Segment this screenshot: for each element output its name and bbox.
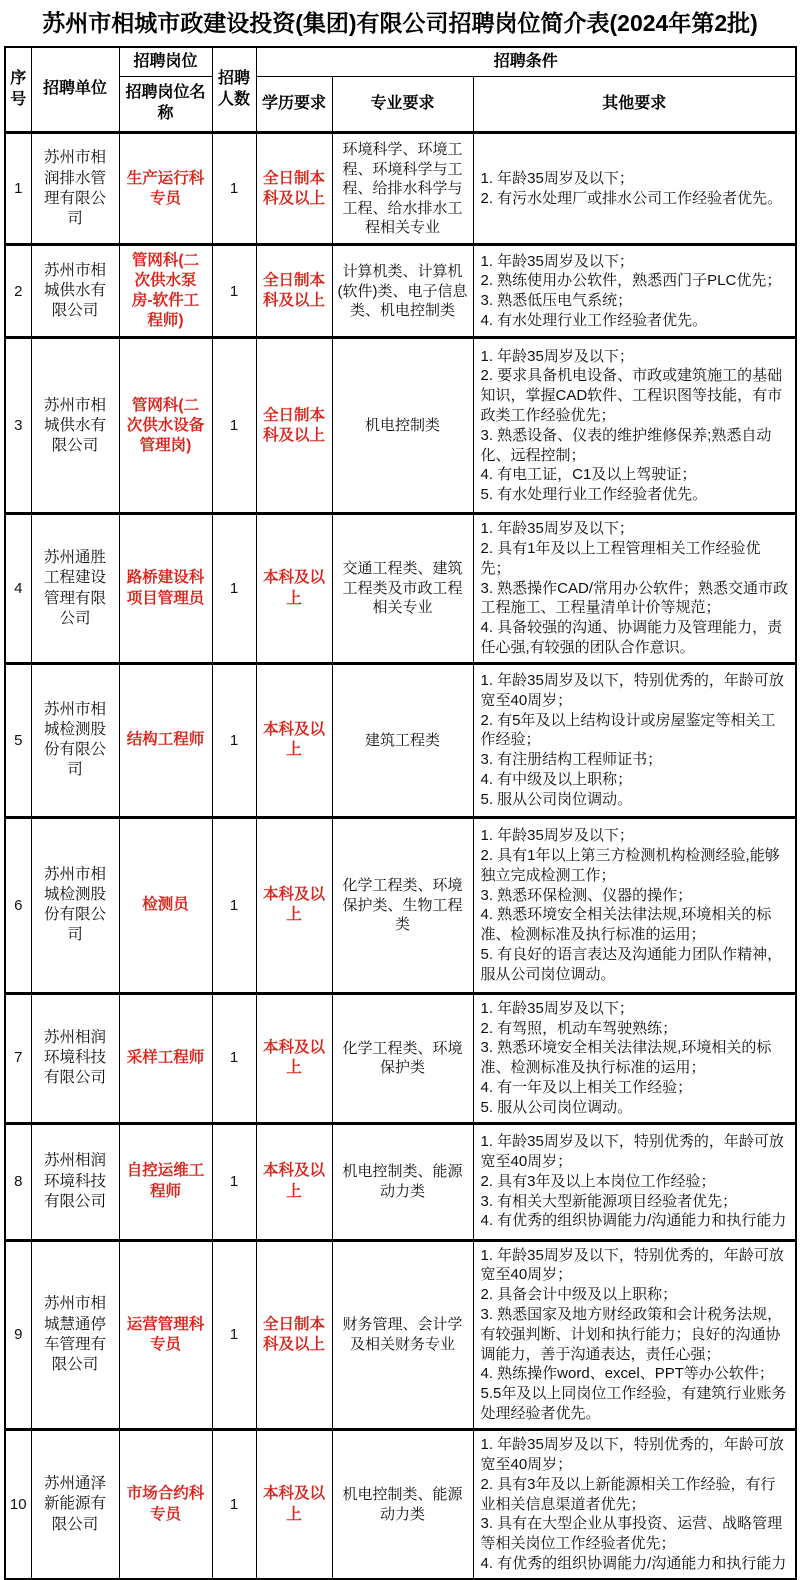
seq-cell: 10 [5,1429,31,1579]
position-cell: 结构工程师 [119,663,212,817]
position-cell: 生产运行科专员 [119,133,212,245]
headcount-cell: 1 [212,663,256,817]
major-cell: 机电控制类、能源动力类 [332,1429,473,1579]
seq-cell: 2 [5,245,31,338]
major-cell: 化学工程类、环境保护类 [332,993,473,1123]
other-requirements-cell: 1. 年龄35周岁及以下； 2. 具有1年及以上工程管理相关工作经验优先； 3.… [473,514,796,664]
table-row: 8 苏州相润环境科技有限公司 自控运维工程师 1 本科及以上 机电控制类、能源动… [5,1123,796,1240]
headcount-cell: 1 [212,993,256,1123]
seq-cell: 4 [5,514,31,664]
other-requirements-cell: 1. 年龄35周岁及以下； 2. 要求具备机电设备、市政或建筑施工的基础知识，掌… [473,338,796,514]
recruitment-table: 序号 招聘单位 招聘岗位 招聘人数 招聘条件 招聘岗位名称 学历要求 专业要求 … [4,46,797,1580]
employer-cell: 苏州市相润排水管理有限公司 [31,133,119,245]
headcount-cell: 1 [212,514,256,664]
position-cell: 检测员 [119,817,212,993]
headcount-cell: 1 [212,1123,256,1240]
headcount-cell: 1 [212,817,256,993]
header-seq: 序号 [5,47,31,133]
employer-cell: 苏州市相城慧通停车管理有限公司 [31,1240,119,1429]
header-position-name: 招聘岗位名称 [119,77,212,133]
header-other: 其他要求 [473,77,796,133]
headcount-cell: 1 [212,338,256,514]
table-row: 1 苏州市相润排水管理有限公司 生产运行科专员 1 全日制本科及以上 环境科学、… [5,133,796,245]
major-cell: 机电控制类、能源动力类 [332,1123,473,1240]
other-requirements-cell: 1. 年龄35周岁及以下，特别优秀的，年龄可放宽至40周岁； 2. 具有3年及以… [473,1429,796,1579]
employer-cell: 苏州市相城供水有限公司 [31,245,119,338]
header-position-group: 招聘岗位 [119,47,212,77]
table-row: 3 苏州市相城供水有限公司 管网科(二次供水设备管理岗) 1 全日制本科及以上 … [5,338,796,514]
table-row: 7 苏州相润环境科技有限公司 采样工程师 1 本科及以上 化学工程类、环境保护类… [5,993,796,1123]
employer-cell: 苏州市相城检测股份有限公司 [31,817,119,993]
major-cell: 化学工程类、环境保护类、生物工程类 [332,817,473,993]
employer-cell: 苏州市相城检测股份有限公司 [31,663,119,817]
other-requirements-cell: 1. 年龄35周岁及以下，特别优秀的，年龄可放宽至40周岁； 2. 具有3年及以… [473,1123,796,1240]
table-row: 10 苏州通泽新能源有限公司 市场合约科专员 1 本科及以上 机电控制类、能源动… [5,1429,796,1579]
table-row: 2 苏州市相城供水有限公司 管网科(二次供水泵房-软件工程师) 1 全日制本科及… [5,245,796,338]
table-row: 6 苏州市相城检测股份有限公司 检测员 1 本科及以上 化学工程类、环境保护类、… [5,817,796,993]
major-cell: 交通工程类、建筑工程类及市政工程相关专业 [332,514,473,664]
position-cell: 市场合约科专员 [119,1429,212,1579]
education-cell: 全日制本科及以上 [256,338,332,514]
table-row: 9 苏州市相城慧通停车管理有限公司 运营管理科专员 1 全日制本科及以上 财务管… [5,1240,796,1429]
seq-cell: 3 [5,338,31,514]
education-cell: 本科及以上 [256,663,332,817]
seq-cell: 8 [5,1123,31,1240]
other-requirements-cell: 1. 年龄35周岁及以下； 2. 具有1年以上第三方检测机构检测经验,能够独立完… [473,817,796,993]
major-cell: 财务管理、会计学及相关财务专业 [332,1240,473,1429]
education-cell: 本科及以上 [256,993,332,1123]
other-requirements-cell: 1. 年龄35周岁及以下； 2. 有污水处理厂或排水公司工作经验者优先。 [473,133,796,245]
other-requirements-cell: 1. 年龄35周岁及以下； 2. 有驾照，机动车驾驶熟练； 3. 熟悉环境安全相… [473,993,796,1123]
seq-cell: 7 [5,993,31,1123]
seq-cell: 6 [5,817,31,993]
employer-cell: 苏州通泽新能源有限公司 [31,1429,119,1579]
seq-cell: 5 [5,663,31,817]
header-conditions: 招聘条件 [256,47,796,77]
education-cell: 本科及以上 [256,514,332,664]
header-education: 学历要求 [256,77,332,133]
employer-cell: 苏州相润环境科技有限公司 [31,993,119,1123]
position-cell: 路桥建设科项目管理员 [119,514,212,664]
education-cell: 本科及以上 [256,1429,332,1579]
table-row: 4 苏州通胜工程建设管理有限公司 路桥建设科项目管理员 1 本科及以上 交通工程… [5,514,796,664]
employer-cell: 苏州市相城供水有限公司 [31,338,119,514]
major-cell: 机电控制类 [332,338,473,514]
seq-cell: 1 [5,133,31,245]
table-row: 5 苏州市相城检测股份有限公司 结构工程师 1 本科及以上 建筑工程类 1. 年… [5,663,796,817]
other-requirements-cell: 1. 年龄35周岁及以下； 2. 熟练使用办公软件，熟悉西门子PLC优先； 3.… [473,245,796,338]
major-cell: 计算机类、计算机(软件)类、电子信息类、机电控制类 [332,245,473,338]
position-cell: 自控运维工程师 [119,1123,212,1240]
other-requirements-cell: 1. 年龄35周岁及以下，特别优秀的，年龄可放宽至40周岁； 2. 有5年及以上… [473,663,796,817]
education-cell: 全日制本科及以上 [256,245,332,338]
education-cell: 本科及以上 [256,1123,332,1240]
other-requirements-cell: 1. 年龄35周岁及以下，特别优秀的，年龄可放宽至40周岁； 2. 具备会计中级… [473,1240,796,1429]
headcount-cell: 1 [212,1240,256,1429]
position-cell: 采样工程师 [119,993,212,1123]
headcount-cell: 1 [212,245,256,338]
headcount-cell: 1 [212,1429,256,1579]
headcount-cell: 1 [212,133,256,245]
header-employer: 招聘单位 [31,47,119,133]
education-cell: 本科及以上 [256,817,332,993]
education-cell: 全日制本科及以上 [256,1240,332,1429]
major-cell: 建筑工程类 [332,663,473,817]
education-cell: 全日制本科及以上 [256,133,332,245]
major-cell: 环境科学、环境工程、环境科学与工程、给排水科学与工程、给水排水工程相关专业 [332,133,473,245]
page-title: 苏州市相城市政建设投资(集团)有限公司招聘岗位简介表(2024年第2批) [0,0,800,46]
seq-cell: 9 [5,1240,31,1429]
employer-cell: 苏州相润环境科技有限公司 [31,1123,119,1240]
header-headcount: 招聘人数 [212,47,256,133]
position-cell: 管网科(二次供水泵房-软件工程师) [119,245,212,338]
position-cell: 运营管理科专员 [119,1240,212,1429]
header-major: 专业要求 [332,77,473,133]
employer-cell: 苏州通胜工程建设管理有限公司 [31,514,119,664]
position-cell: 管网科(二次供水设备管理岗) [119,338,212,514]
